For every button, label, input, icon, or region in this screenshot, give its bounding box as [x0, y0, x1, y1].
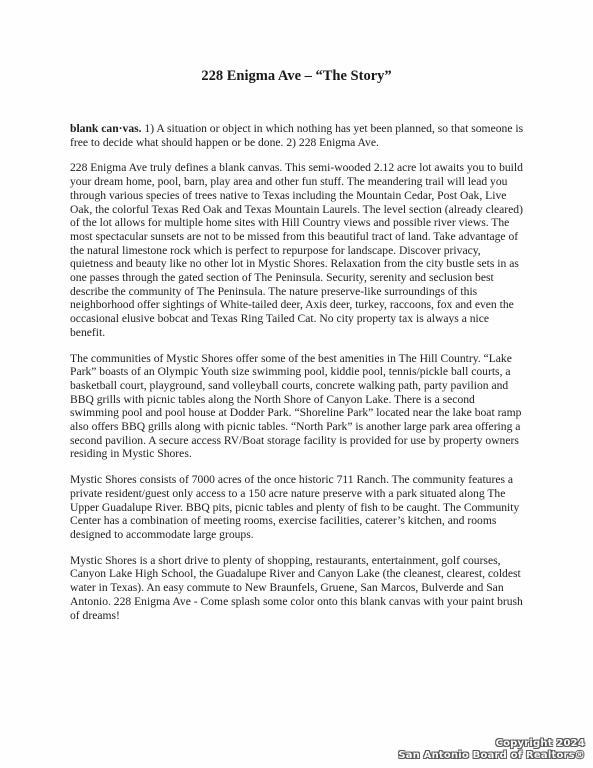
- paragraph-lot-description: 228 Enigma Ave truly defines a blank can…: [70, 161, 526, 339]
- paragraph-amenities: The communities of Mystic Shores offer s…: [70, 352, 526, 462]
- watermark-line-board: San Antonio Board of Realtors®: [398, 750, 585, 762]
- watermark-line-copyright: Copyright 2024: [398, 738, 585, 750]
- document-body: blank can·vas. 1) A situation or object …: [70, 122, 526, 634]
- definition-term: blank can·vas.: [70, 122, 142, 135]
- document-page: 228 Enigma Ave – “The Story” blank can·v…: [0, 0, 593, 768]
- page-title: 228 Enigma Ave – “The Story”: [0, 68, 593, 85]
- paragraph-location: Mystic Shores is a short drive to plenty…: [70, 554, 526, 623]
- copyright-watermark: Copyright 2024 San Antonio Board of Real…: [398, 738, 585, 762]
- definition-paragraph: blank can·vas. 1) A situation or object …: [70, 122, 526, 149]
- paragraph-community: Mystic Shores consists of 7000 acres of …: [70, 473, 526, 542]
